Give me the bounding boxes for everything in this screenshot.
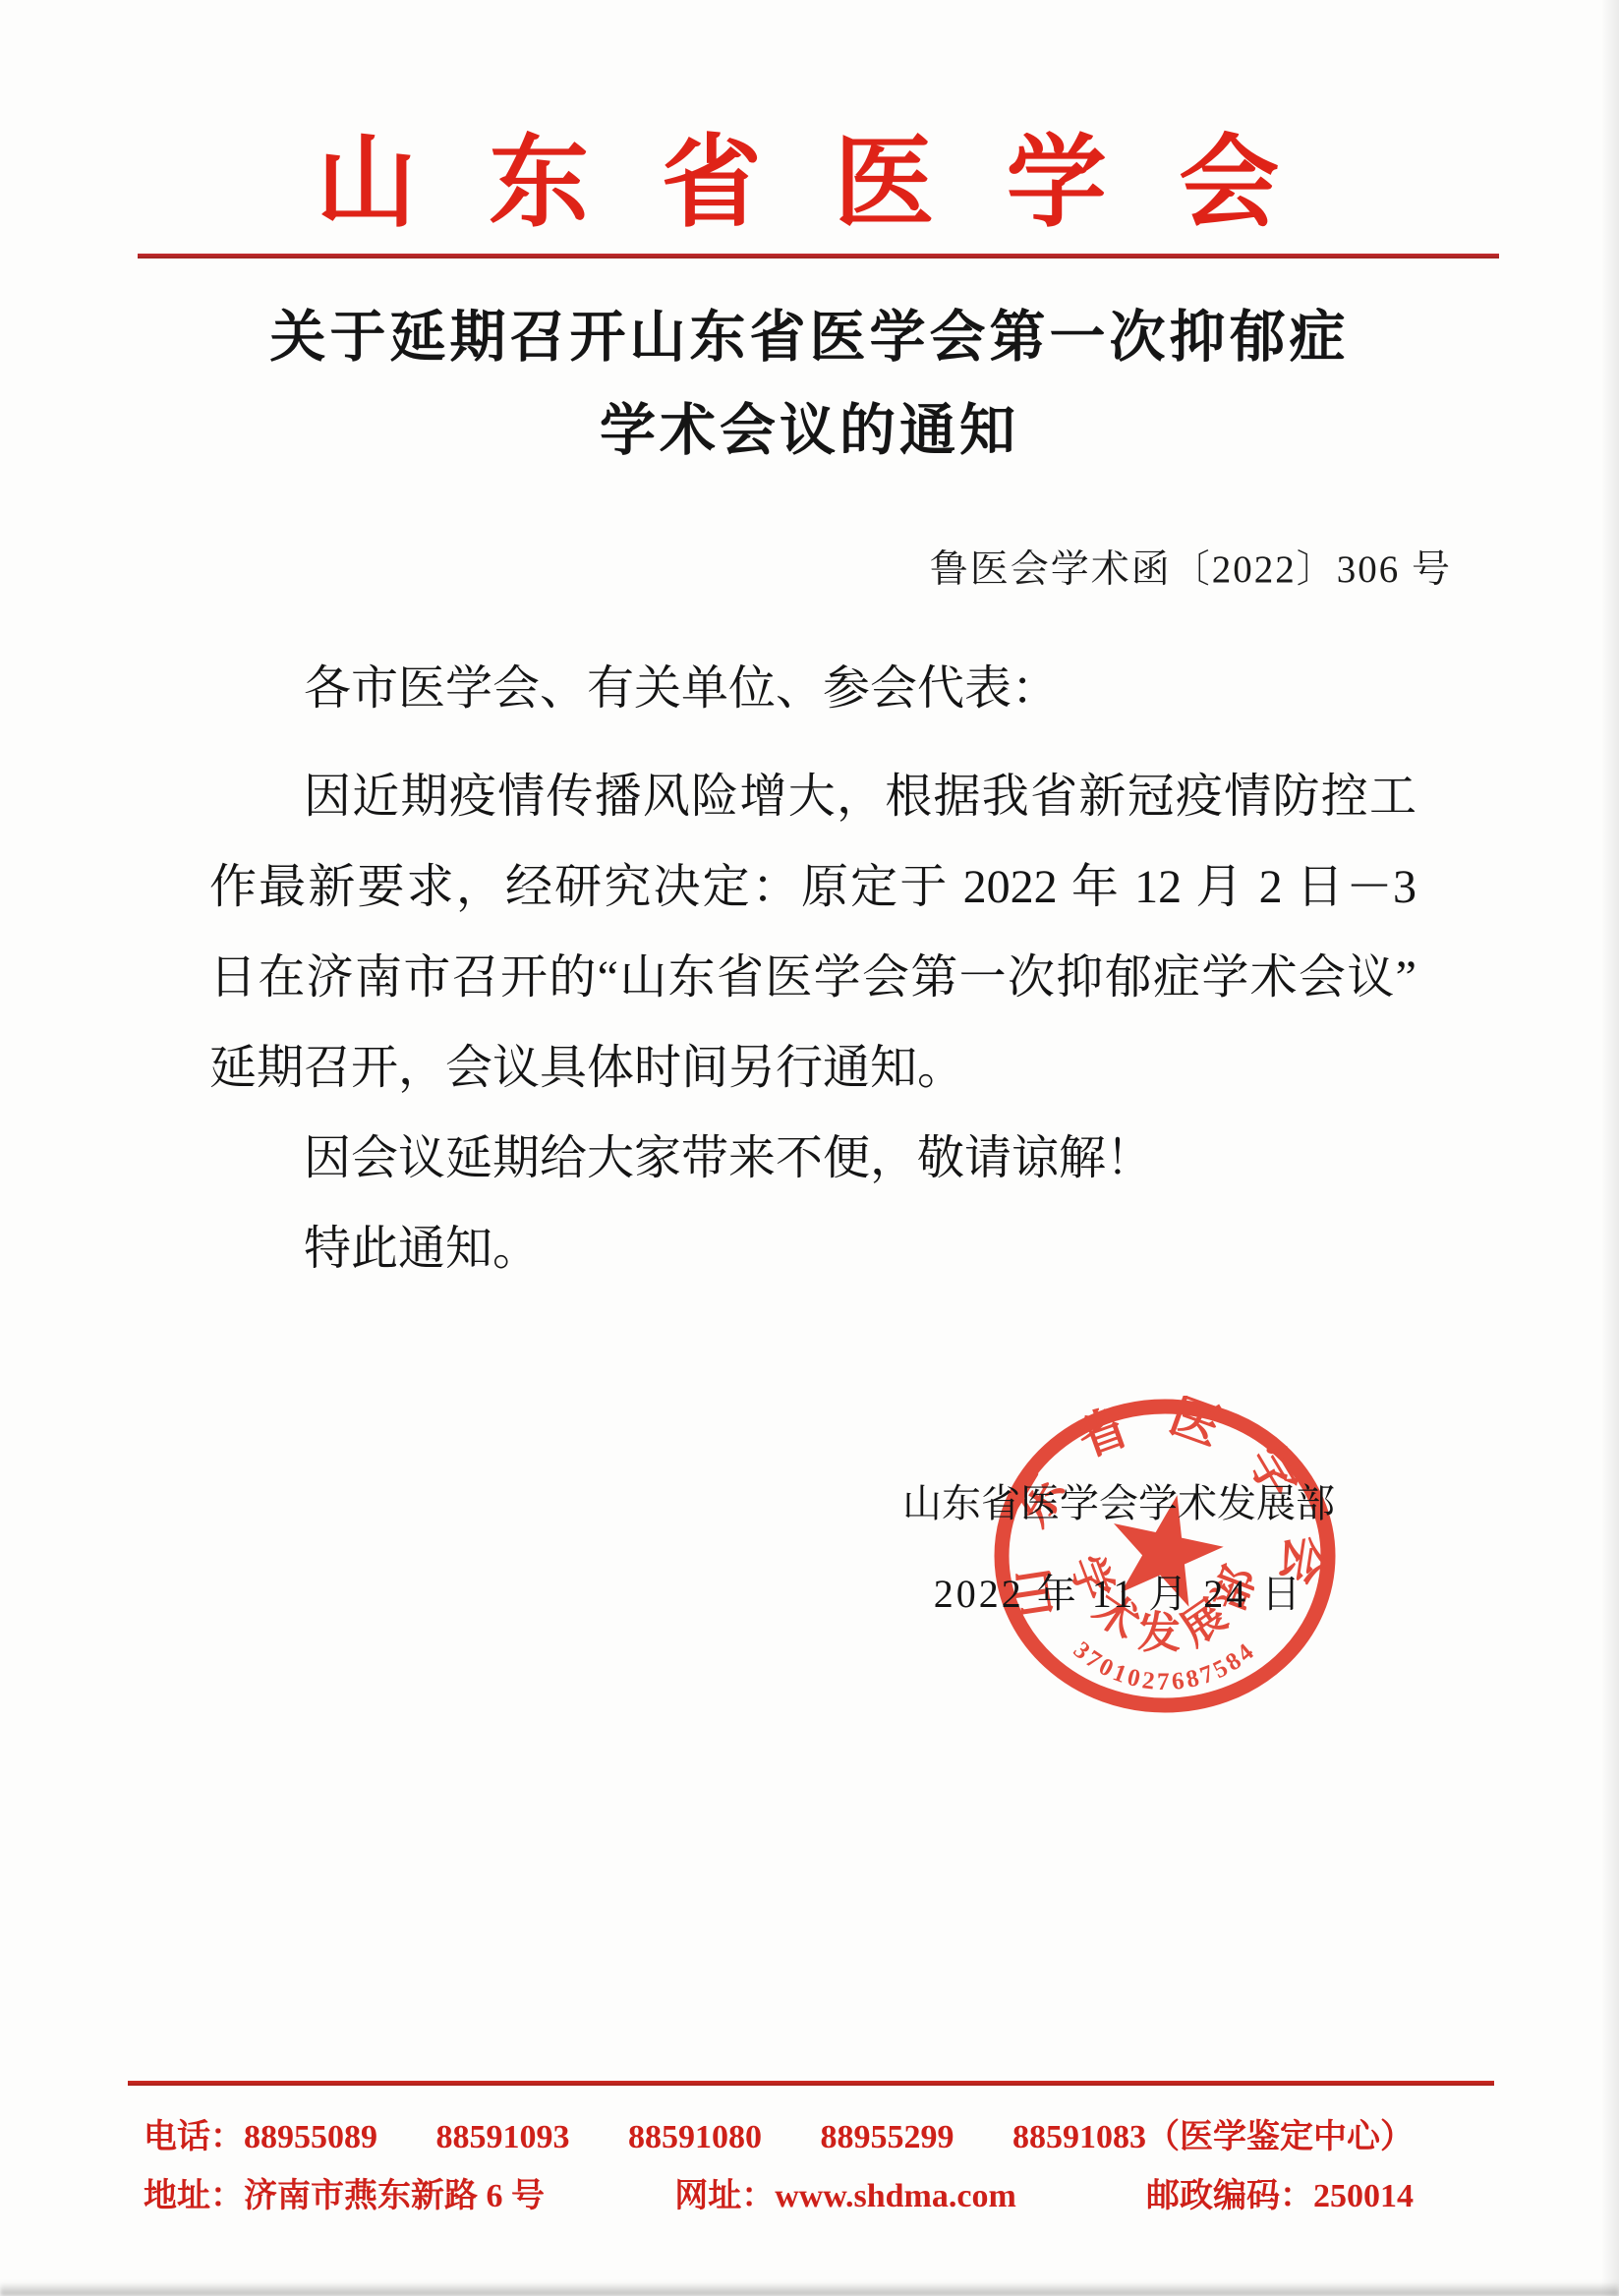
signature-org: 山东省医学会学术发展部 — [902, 1472, 1335, 1528]
body-paragraph: 特此通知。 — [209, 1204, 1417, 1294]
doc-number: 鲁医会学术函〔2022〕306 号 — [930, 539, 1452, 594]
notice-title-line-1: 关于延期召开山东省医学会第一次抑郁症 — [0, 291, 1619, 384]
footer-phone-number: 88955299 — [821, 2119, 954, 2156]
footer-website: 网址：www.shdma.com — [674, 2168, 1016, 2216]
scanned-notice-page: 山 东 省 医 学 会 关于延期召开山东省医学会第一次抑郁症 学术会议的通知 鲁… — [0, 0, 1619, 2296]
notice-title: 关于延期召开山东省医学会第一次抑郁症 学术会议的通知 — [0, 291, 1619, 478]
scan-edge-shadow-right — [1601, 0, 1619, 2296]
footer-phone-row: 电话：88955089 88591093 88591080 88955299 8… — [144, 2109, 1414, 2157]
official-stamp: 山东省医学会 学术发展部 3701027687584 — [981, 1396, 1349, 1720]
footer-postcode: 邮政编码：250014 — [1146, 2168, 1414, 2216]
letterhead-org-name: 山 东 省 医 学 会 — [0, 130, 1619, 240]
footer-rule — [128, 2081, 1494, 2086]
footer-phone-number: 88591080 — [628, 2119, 762, 2156]
letterhead-rule — [138, 254, 1499, 258]
notice-body: 各市医学会、有关单位、参会代表： 因近期疫情传播风险增大，根据我省新冠疫情防控工… — [209, 644, 1417, 1294]
scan-edge-shadow-bottom — [0, 2282, 1619, 2296]
body-paragraph: 因近期疫情传播风险增大，根据我省新冠疫情防控工作最新要求，经研究决定：原定于 2… — [209, 752, 1417, 1114]
footer-phone-label-and-number: 电话：88955089 — [144, 2109, 377, 2157]
salutation: 各市医学会、有关单位、参会代表： — [209, 644, 1417, 734]
signature-date: 2022 年 11 月 24 日 — [902, 1563, 1335, 1619]
footer-phone-number: 88591083（医学鉴定中心） — [1012, 2109, 1414, 2157]
footer-info-row: 地址：济南市燕东新路 6 号 网址：www.shdma.com 邮政编码：250… — [144, 2168, 1414, 2216]
notice-title-line-2: 学术会议的通知 — [0, 384, 1619, 478]
footer-phone-number: 88591093 — [436, 2119, 570, 2156]
footer-address: 地址：济南市燕东新路 6 号 — [144, 2168, 545, 2216]
body-paragraph: 因会议延期给大家带来不便，敬请谅解！ — [209, 1114, 1417, 1204]
